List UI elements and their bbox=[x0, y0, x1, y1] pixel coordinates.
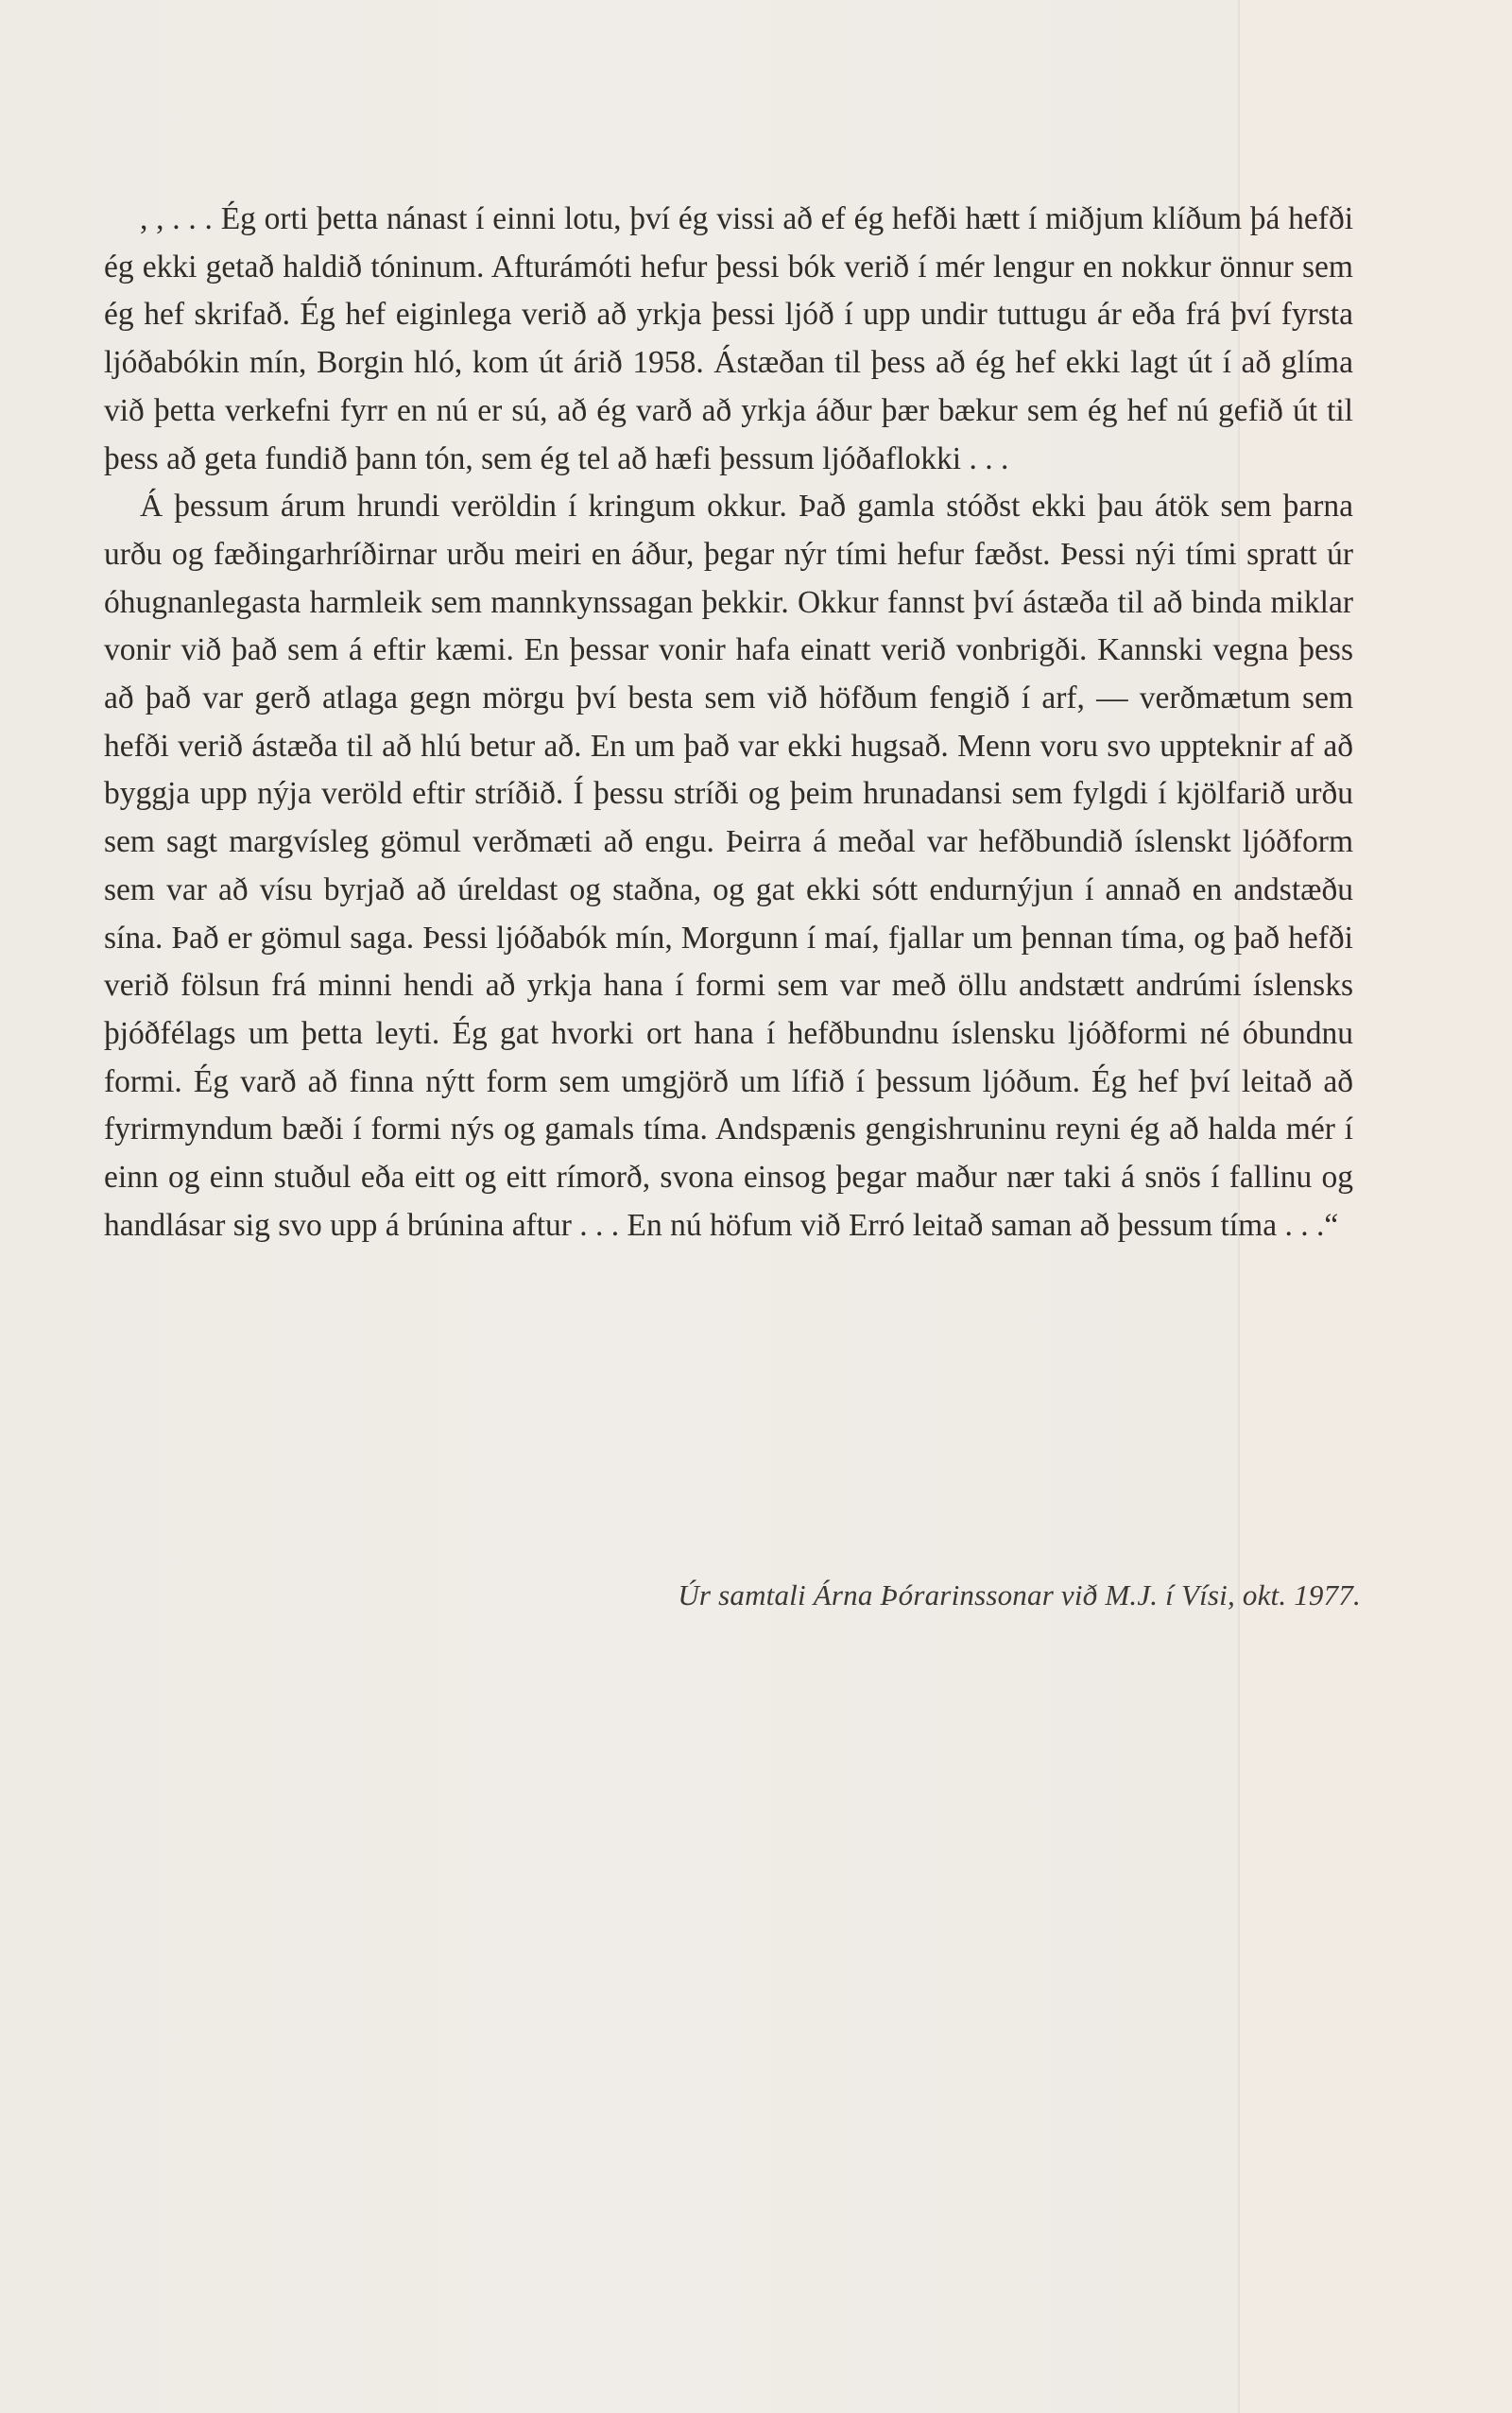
source-citation: Úr samtali Árna Þórarinssonar við M.J. í… bbox=[678, 1578, 1361, 1612]
paragraph-1: , , . . . Ég orti þetta nánast í einni l… bbox=[104, 196, 1353, 483]
quote-body: , , . . . Ég orti þetta nánast í einni l… bbox=[104, 196, 1353, 1250]
paragraph-2: Á þessum árum hrundi veröldin í kringum … bbox=[104, 483, 1353, 1250]
book-page: , , . . . Ég orti þetta nánast í einni l… bbox=[0, 0, 1512, 2413]
